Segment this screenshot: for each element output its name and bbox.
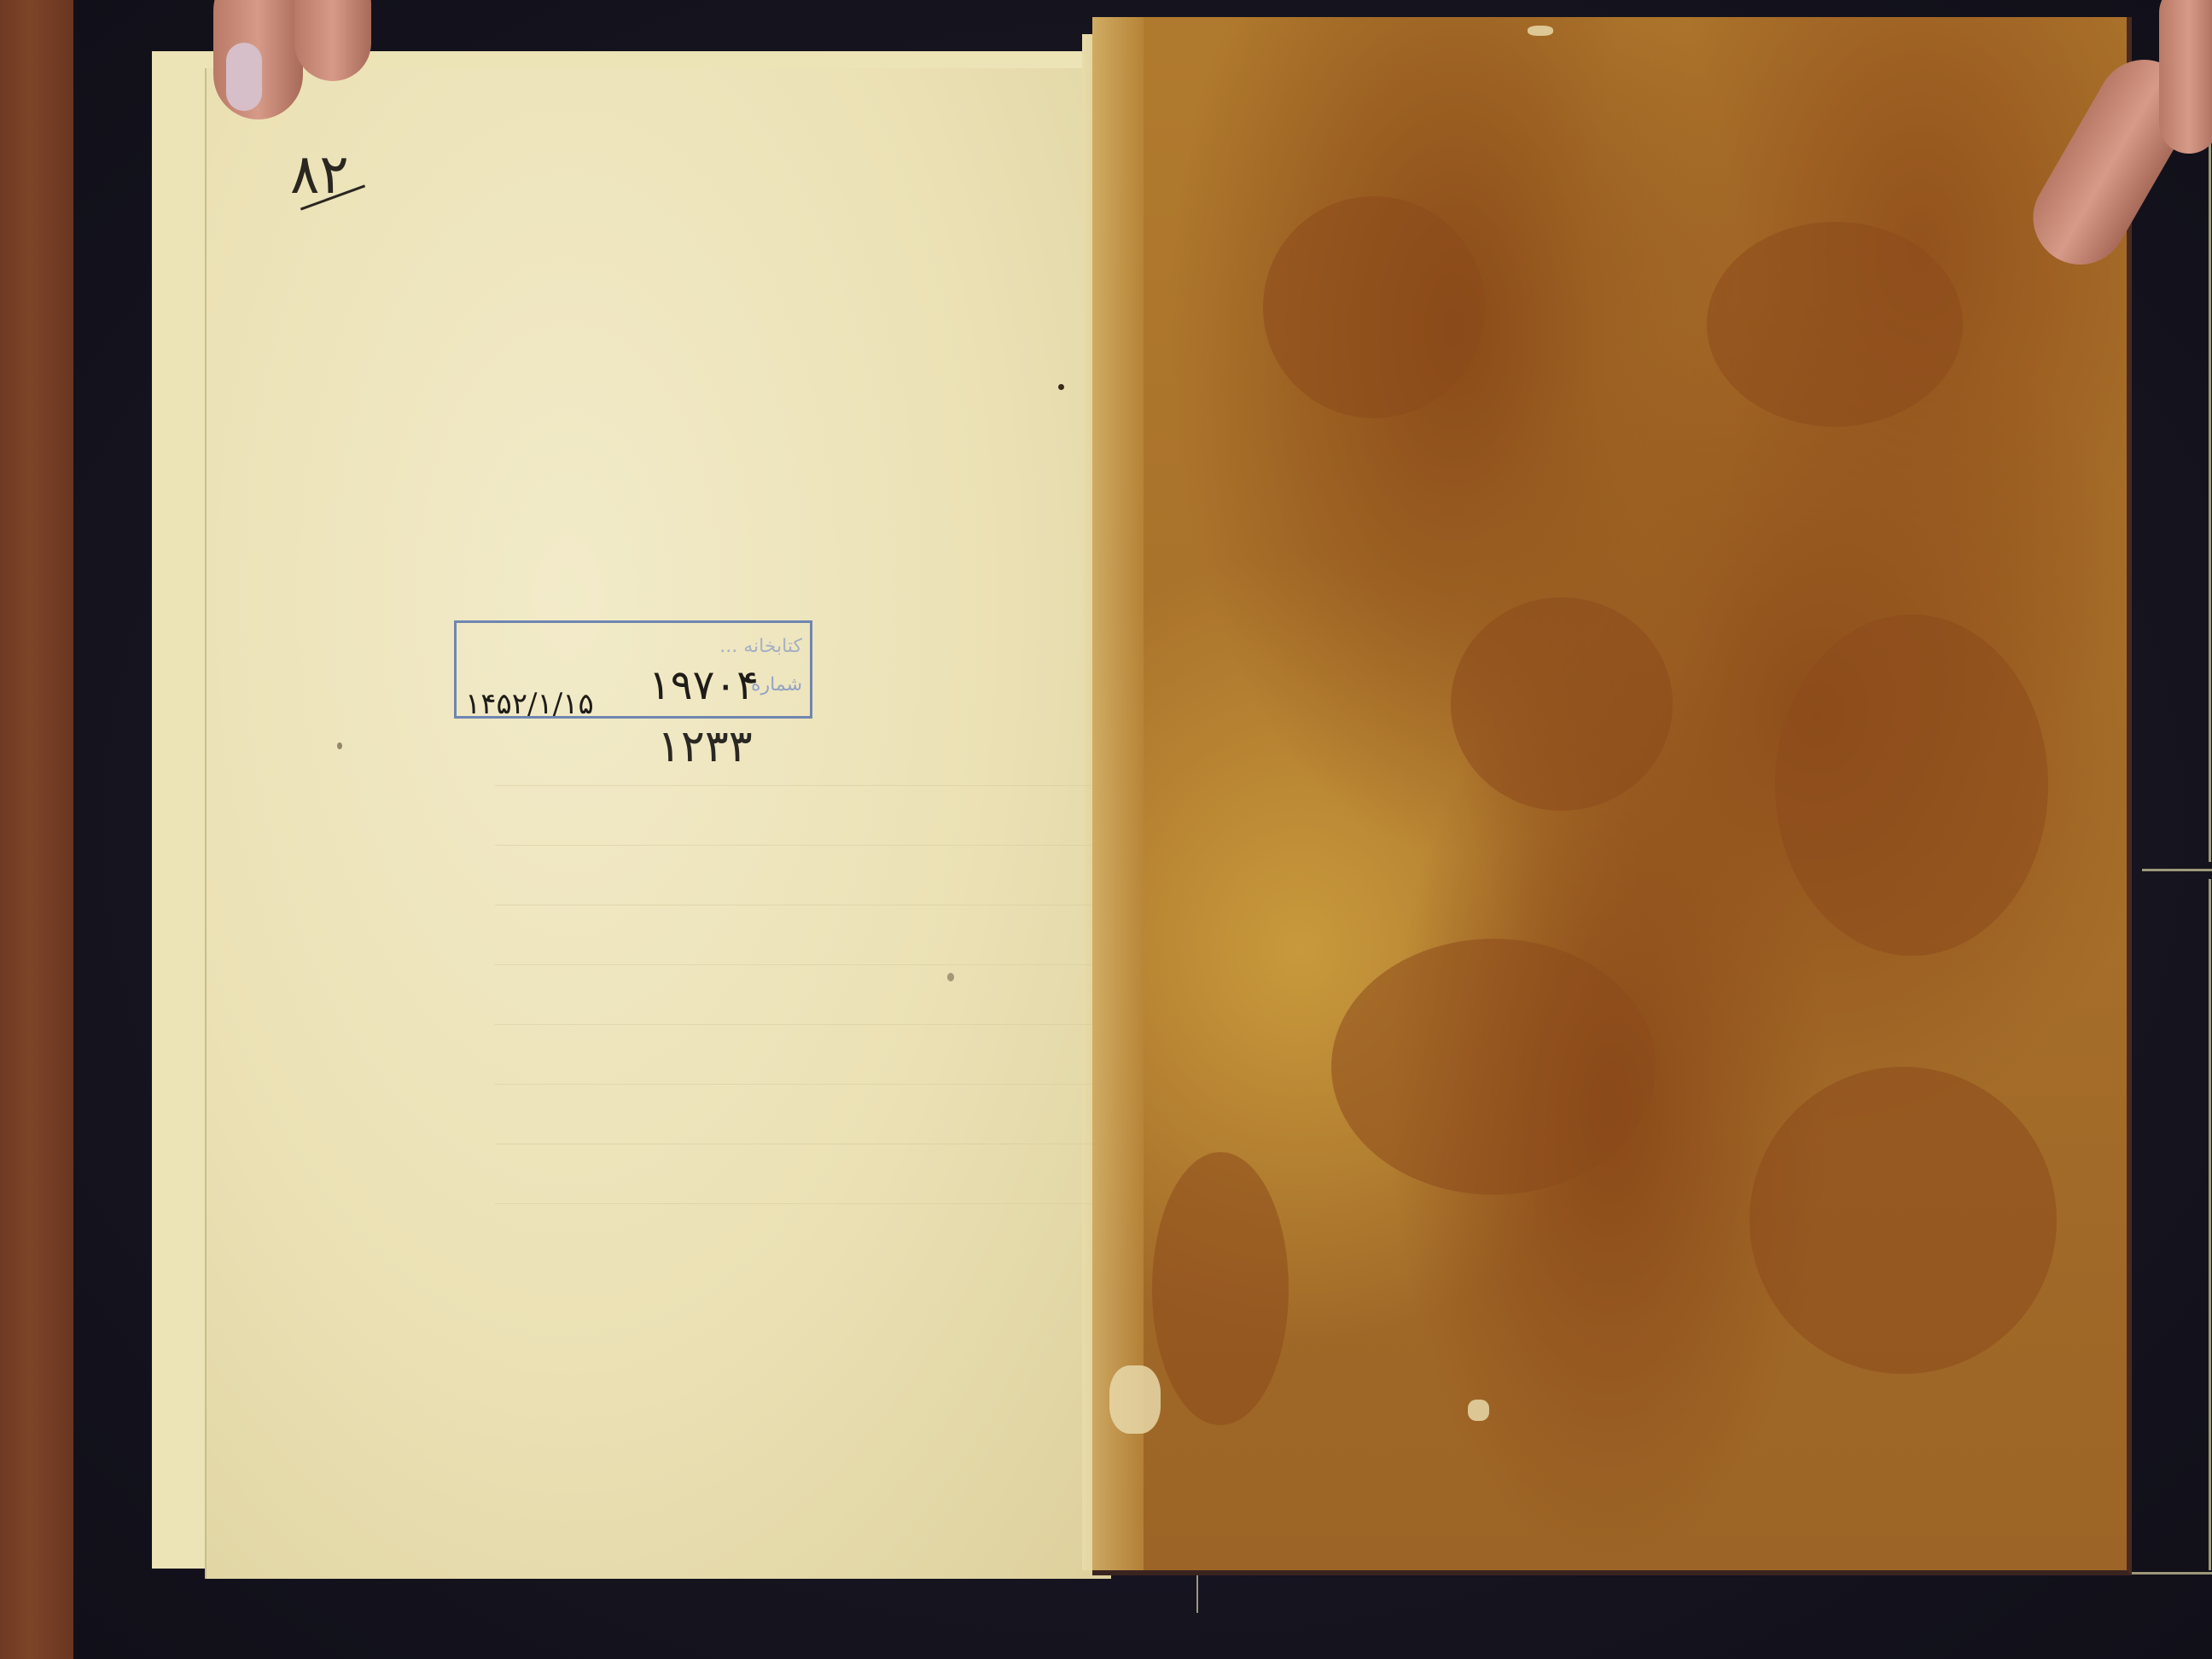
faint-ruling-line [495, 1084, 1092, 1085]
faint-ruling-line [495, 1203, 1092, 1204]
cover-stain [1707, 222, 1963, 427]
faint-ruling-line [495, 964, 1092, 965]
backdrop-panel-tick [1196, 1575, 1198, 1613]
stamp-date: ۱۴۵۲/۱/۱۵ [465, 687, 594, 721]
ink-speck [947, 973, 954, 981]
faint-ruling-line [495, 1024, 1092, 1025]
backdrop-panel-line-horizontal-right [2142, 869, 2212, 871]
flyleaf-page [205, 68, 1111, 1579]
faint-ruling-line [495, 1144, 1092, 1144]
faint-ruling-line [495, 785, 1092, 786]
handwritten-number: ۱۲۳۳ [657, 721, 753, 772]
stamp-header-text: کتابخانه ... [478, 636, 802, 657]
faint-ruling-line [495, 905, 1092, 905]
stamp-accession-number: ۱۹۷۰۴ [649, 661, 759, 709]
faint-ruling-line [495, 845, 1092, 846]
cover-stain [1152, 1152, 1289, 1425]
hand-finger-right-2 [2159, 0, 2212, 154]
cover-wear-flake [1109, 1365, 1161, 1434]
cover-stain [1451, 597, 1673, 811]
hand-finger-left-2 [294, 0, 371, 81]
ink-speck [1058, 384, 1064, 390]
cover-wear-flake [1528, 26, 1553, 36]
ink-speck [337, 742, 342, 749]
fingernail [226, 43, 262, 111]
folio-annotation: ۸۲ [290, 143, 349, 207]
cover-stain [1263, 196, 1485, 418]
cover-inner-edge [1092, 17, 1144, 1570]
cover-stain [1775, 614, 2048, 956]
cover-stain [1331, 939, 1656, 1195]
cover-wear-flake [1468, 1400, 1489, 1421]
stamp-number-label: شماره [751, 674, 802, 696]
cover-stain [1749, 1067, 2057, 1374]
wooden-table-edge [0, 0, 73, 1659]
backdrop-panel-line-vertical-bottom [2209, 879, 2211, 1570]
